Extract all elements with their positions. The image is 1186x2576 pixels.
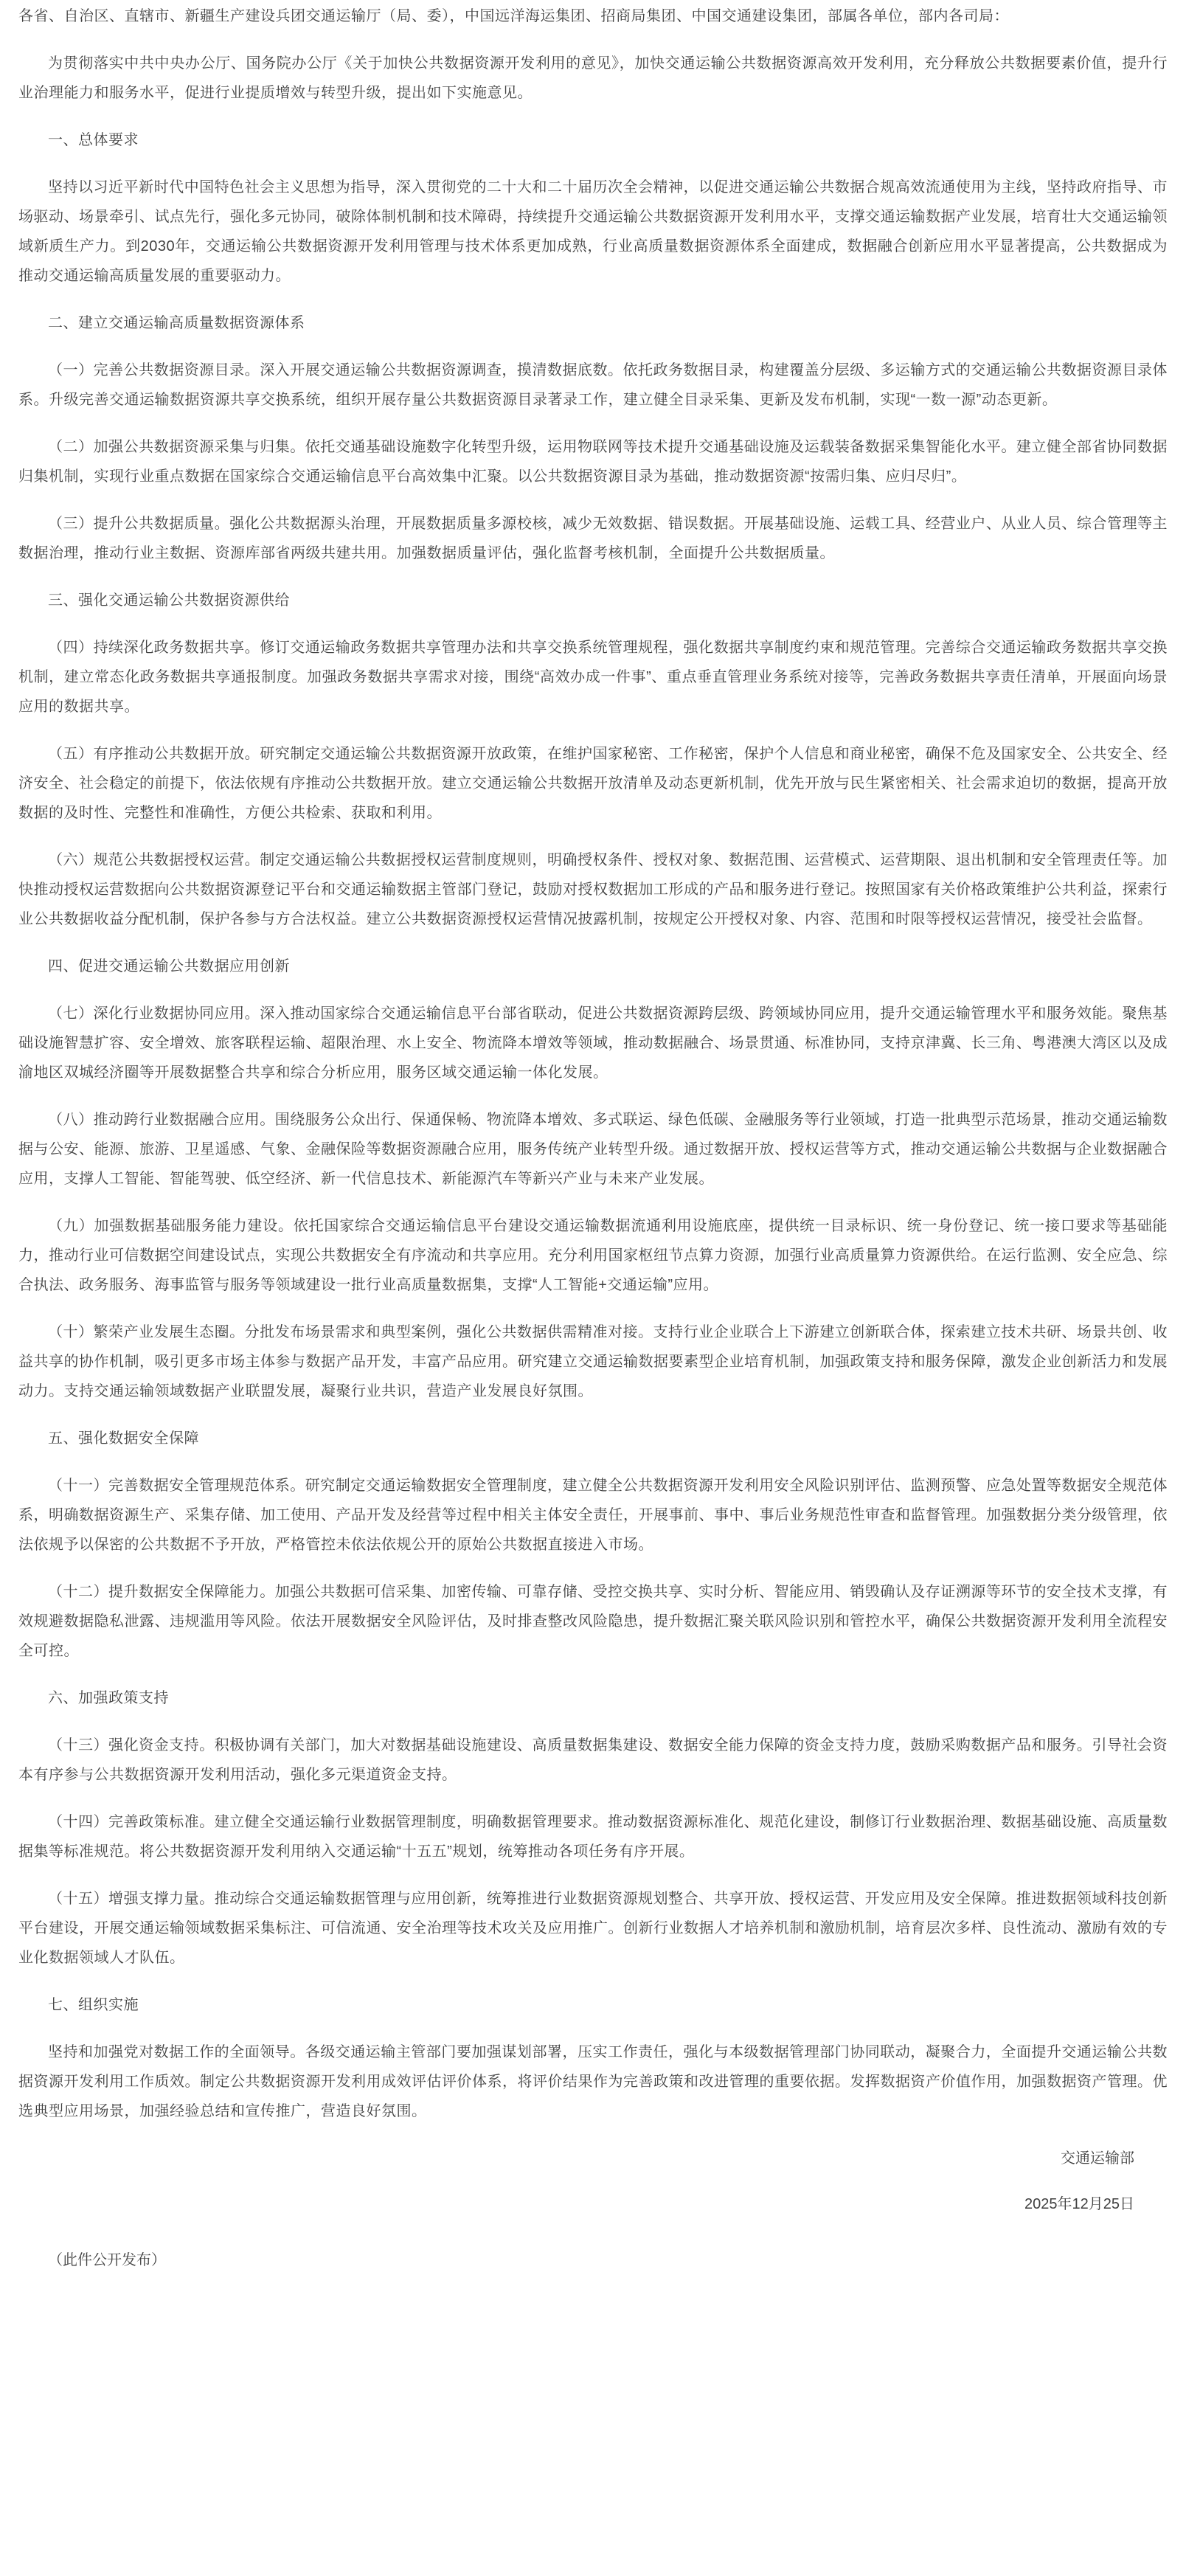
section: 七、组织实施 坚持和加强党对数据工作的全面领导。各级交通运输主管部门要加强谋划部… bbox=[18, 1990, 1168, 2126]
section: 一、总体要求 坚持以习近平新时代中国特色社会主义思想为指导，深入贯彻党的二十大和… bbox=[18, 125, 1168, 291]
signature-issuer: 交通运输部 bbox=[18, 2144, 1134, 2173]
section-heading: 七、组织实施 bbox=[18, 1990, 1168, 2020]
section-paragraphs: （十三）强化资金支持。积极协调有关部门，加大对数据基础设施建设、高质量数据集建设… bbox=[18, 1731, 1168, 1973]
section-heading: 二、建立交通运输高质量数据资源体系 bbox=[18, 308, 1168, 338]
section-heading: 三、强化交通运输公共数据资源供给 bbox=[18, 586, 1168, 615]
section: 四、促进交通运输公共数据应用创新 （七）深化行业数据协同应用。深入推动国家综合交… bbox=[18, 952, 1168, 1406]
body-paragraph: （一）完善公共数据资源目录。深入开展交通运输公共数据资源调查，摸清数据底数。依托… bbox=[18, 356, 1168, 415]
section-paragraphs: 坚持和加强党对数据工作的全面领导。各级交通运输主管部门要加强谋划部署，压实工作责… bbox=[18, 2037, 1168, 2126]
section: 六、加强政策支持 （十三）强化资金支持。积极协调有关部门，加大对数据基础设施建设… bbox=[18, 1683, 1168, 1973]
body-paragraph: （七）深化行业数据协同应用。深入推动国家综合交通运输信息平台部省联动，促进公共数… bbox=[18, 999, 1168, 1087]
section-heading: 六、加强政策支持 bbox=[18, 1683, 1168, 1713]
section-heading: 五、强化数据安全保障 bbox=[18, 1424, 1168, 1453]
document-body: 各省、自治区、直辖市、新疆生产建设兵团交通运输厅（局、委），中国远洋海运集团、招… bbox=[0, 0, 1186, 2305]
body-paragraph: （九）加强数据基础服务能力建设。依托国家综合交通运输信息平台建设交通运输数据流通… bbox=[18, 1211, 1168, 1300]
section-paragraphs: （七）深化行业数据协同应用。深入推动国家综合交通运输信息平台部省联动，促进公共数… bbox=[18, 999, 1168, 1406]
signature-block: 交通运输部 2025年12月25日 bbox=[18, 2144, 1168, 2219]
body-paragraph: （十）繁荣产业发展生态圈。分批发布场景需求和典型案例，强化公共数据供需精准对接。… bbox=[18, 1318, 1168, 1406]
section-paragraphs: 坚持以习近平新时代中国特色社会主义思想为指导，深入贯彻党的二十大和二十届历次全会… bbox=[18, 173, 1168, 291]
body-paragraph: （五）有序推动公共数据开放。研究制定交通运输公共数据资源开放政策，在维护国家秘密… bbox=[18, 739, 1168, 828]
section-paragraphs: （十一）完善数据安全管理规范体系。研究制定交通运输数据安全管理制度，建立健全公共… bbox=[18, 1471, 1168, 1666]
intro-paragraph: 为贯彻落实中共中央办公厅、国务院办公厅《关于加快公共数据资源开发利用的意见》，加… bbox=[18, 49, 1168, 108]
section-paragraphs: （四）持续深化政务数据共享。修订交通运输政务数据共享管理办法和共享交换系统管理规… bbox=[18, 633, 1168, 934]
body-paragraph: （十二）提升数据安全保障能力。加强公共数据可信采集、加密传输、可靠存储、受控交换… bbox=[18, 1577, 1168, 1666]
body-paragraph: （八）推动跨行业数据融合应用。围绕服务公众出行、保通保畅、物流降本增效、多式联运… bbox=[18, 1105, 1168, 1194]
section: 五、强化数据安全保障 （十一）完善数据安全管理规范体系。研究制定交通运输数据安全… bbox=[18, 1424, 1168, 1666]
section-paragraphs: （一）完善公共数据资源目录。深入开展交通运输公共数据资源调查，摸清数据底数。依托… bbox=[18, 356, 1168, 568]
body-paragraph: 坚持和加强党对数据工作的全面领导。各级交通运输主管部门要加强谋划部署，压实工作责… bbox=[18, 2037, 1168, 2126]
section-heading: 一、总体要求 bbox=[18, 125, 1168, 155]
section: 二、建立交通运输高质量数据资源体系 （一）完善公共数据资源目录。深入开展交通运输… bbox=[18, 308, 1168, 568]
body-paragraph: （三）提升公共数据质量。强化公共数据源头治理，开展数据质量多源校核，减少无效数据… bbox=[18, 509, 1168, 568]
body-paragraph: （十五）增强支撑力量。推动综合交通运输数据管理与应用创新，统筹推进行业数据资源规… bbox=[18, 1884, 1168, 1973]
section-heading: 四、促进交通运输公共数据应用创新 bbox=[18, 952, 1168, 981]
salutation: 各省、自治区、直辖市、新疆生产建设兵团交通运输厅（局、委），中国远洋海运集团、招… bbox=[18, 1, 1168, 31]
body-paragraph: 坚持以习近平新时代中国特色社会主义思想为指导，深入贯彻党的二十大和二十届历次全会… bbox=[18, 173, 1168, 291]
body-paragraph: （十一）完善数据安全管理规范体系。研究制定交通运输数据安全管理制度，建立健全公共… bbox=[18, 1471, 1168, 1559]
body-paragraph: （四）持续深化政务数据共享。修订交通运输政务数据共享管理办法和共享交换系统管理规… bbox=[18, 633, 1168, 721]
public-release-note: （此件公开发布） bbox=[18, 2246, 1168, 2275]
body-paragraph: （十四）完善政策标准。建立健全交通运输行业数据管理制度，明确数据管理要求。推动数… bbox=[18, 1807, 1168, 1866]
section: 三、强化交通运输公共数据资源供给 （四）持续深化政务数据共享。修订交通运输政务数… bbox=[18, 586, 1168, 934]
body-paragraph: （六）规范公共数据授权运营。制定交通运输公共数据授权运营制度规则，明确授权条件、… bbox=[18, 845, 1168, 934]
body-paragraph: （二）加强公共数据资源采集与归集。依托交通基础设施数字化转型升级，运用物联网等技… bbox=[18, 432, 1168, 491]
signature-date: 2025年12月25日 bbox=[18, 2189, 1134, 2219]
body-paragraph: （十三）强化资金支持。积极协调有关部门，加大对数据基础设施建设、高质量数据集建设… bbox=[18, 1731, 1168, 1790]
sections: 一、总体要求 坚持以习近平新时代中国特色社会主义思想为指导，深入贯彻党的二十大和… bbox=[18, 125, 1168, 2126]
